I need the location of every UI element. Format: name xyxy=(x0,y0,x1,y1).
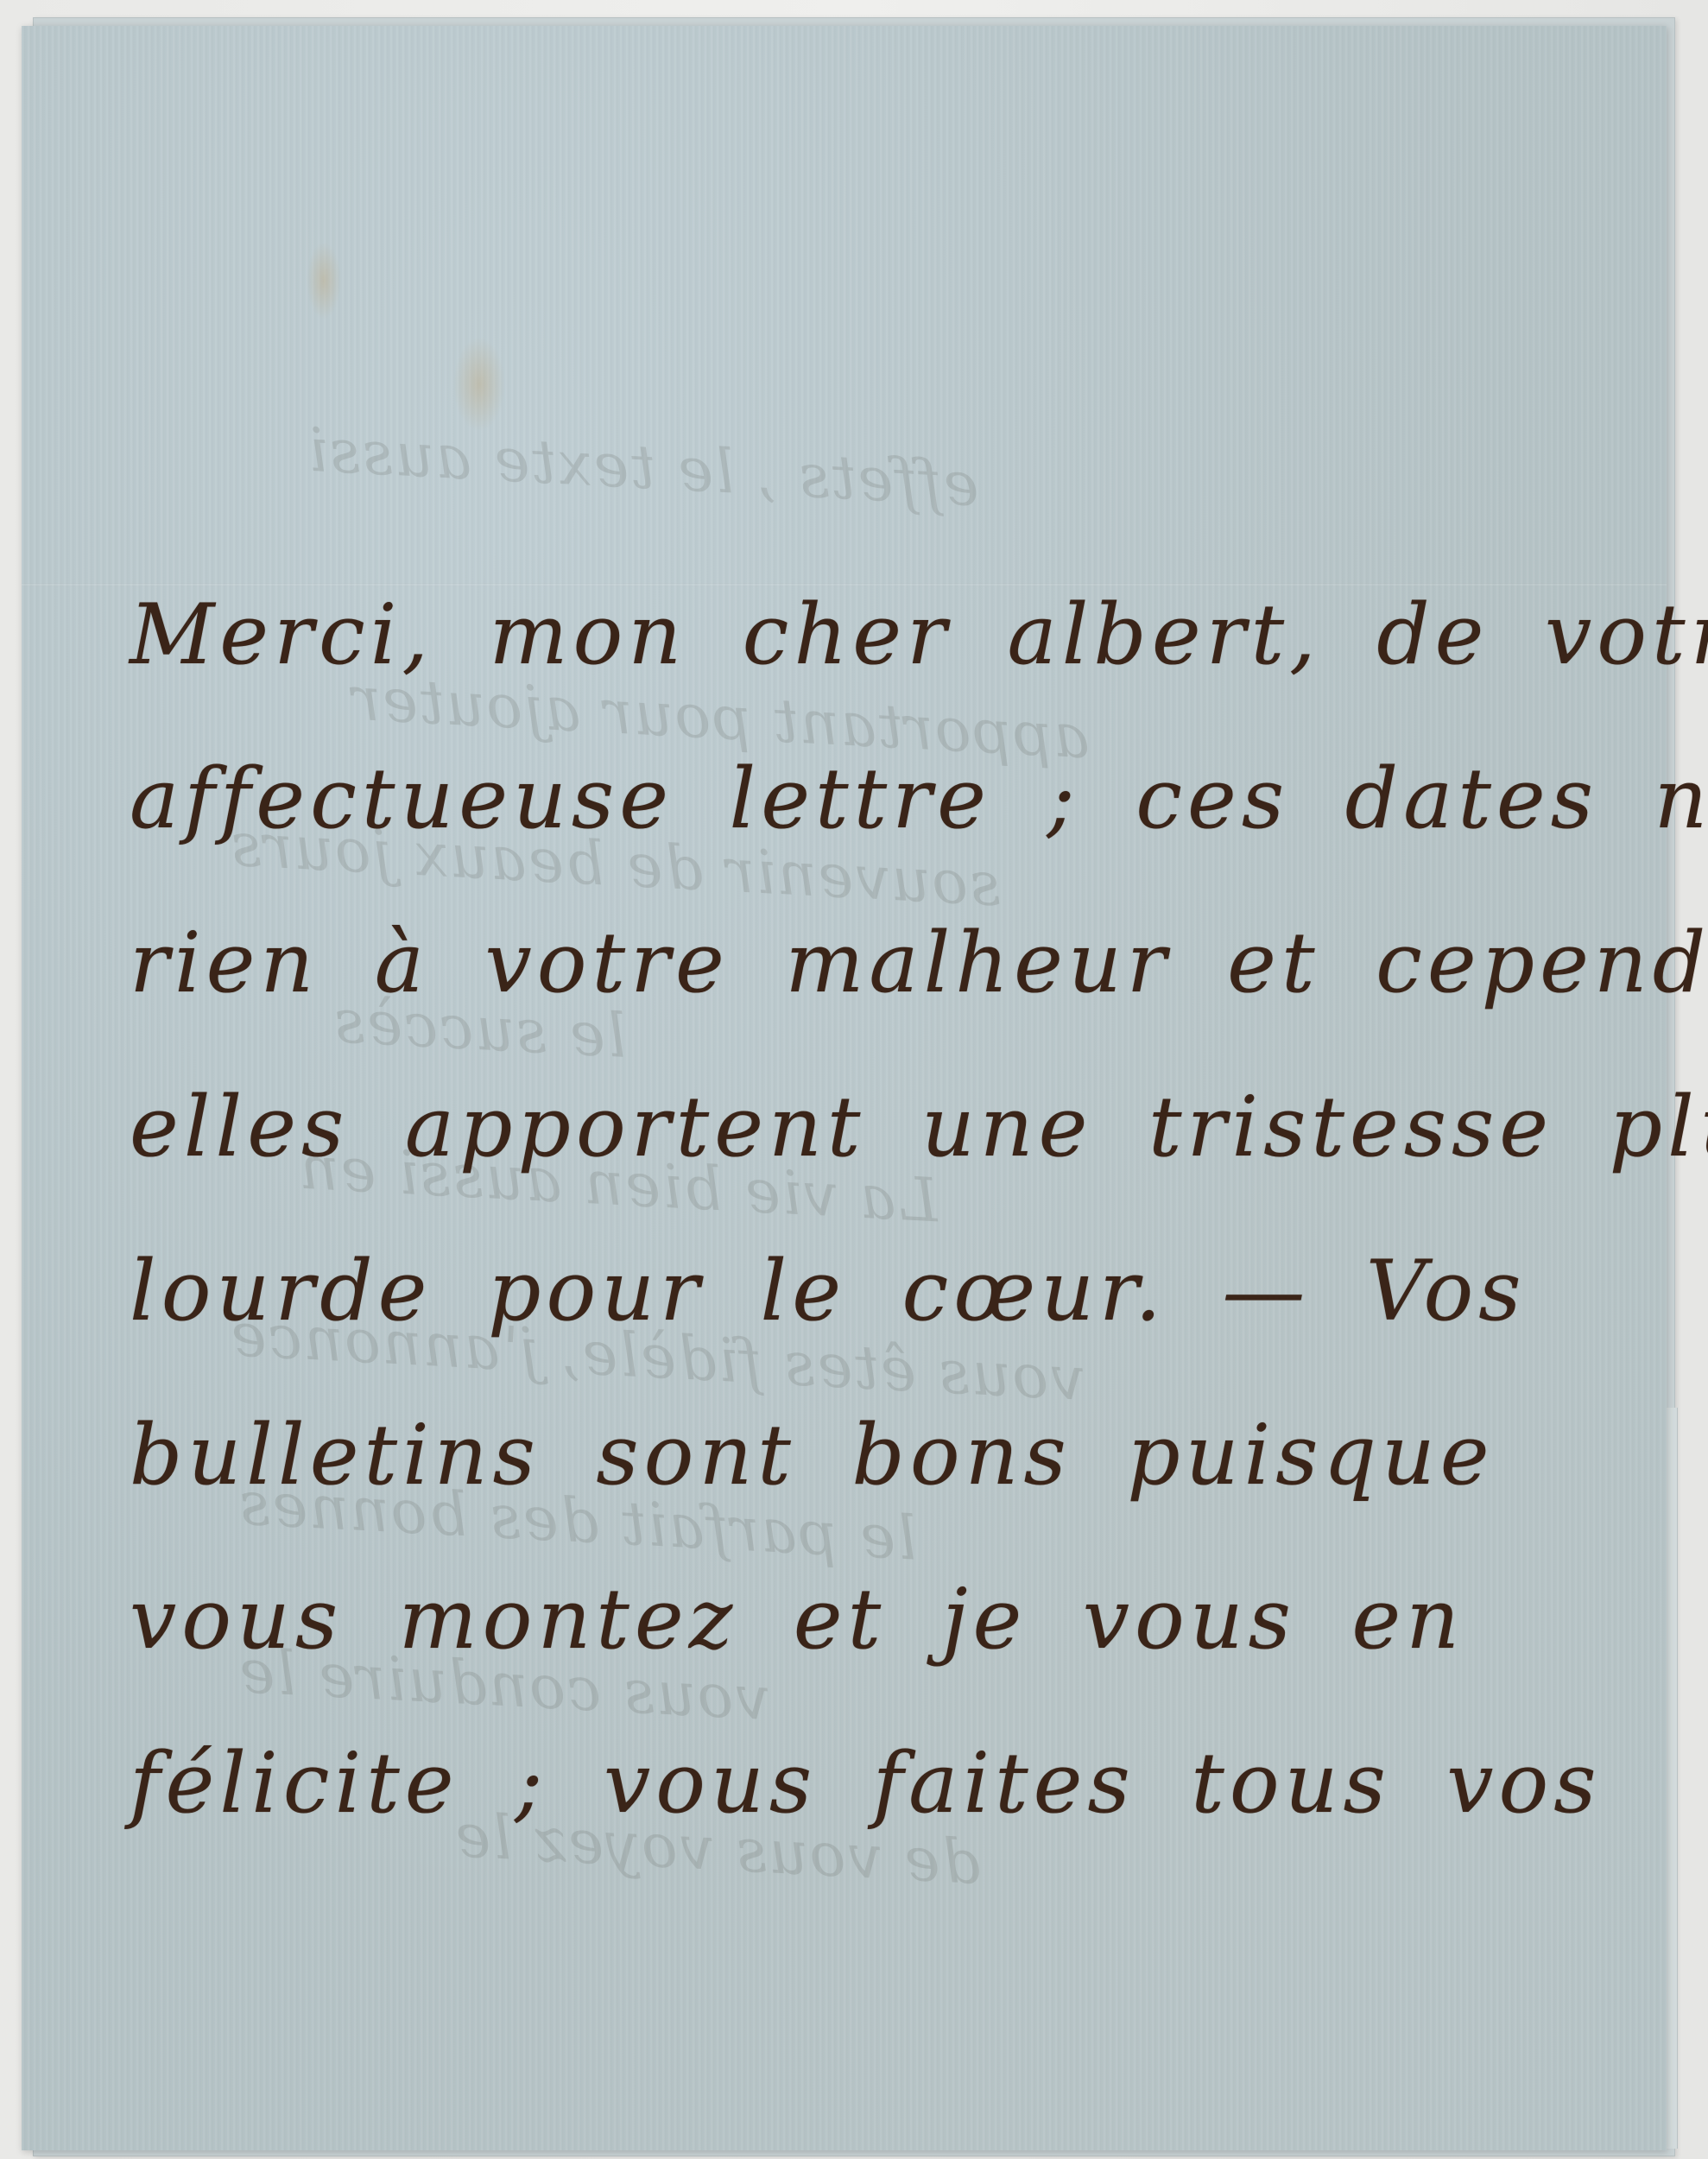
letter-body: Merci, mon cher albert, de votre affectu… xyxy=(130,553,1667,1865)
foxing-stain xyxy=(307,242,341,320)
letter-line: affectueuse lettre ; ces dates ne change… xyxy=(130,717,1667,881)
letter-line: bulletins sont bons puisque xyxy=(130,1373,1667,1537)
bleed-through-text: effets , le texte aussi xyxy=(305,415,981,521)
letter-line: elles apportent une tristesse plus xyxy=(130,1045,1667,1209)
foxing-stain xyxy=(453,337,505,432)
letter-line: Merci, mon cher albert, de votre xyxy=(130,553,1667,717)
letter-line: rien à votre malheur et cependant xyxy=(130,881,1667,1045)
letter-line: vous montez et je vous en xyxy=(130,1537,1667,1701)
letter-line: lourde pour le cœur. — Vos xyxy=(130,1209,1667,1373)
letter-line: félicite ; vous faites tous vos xyxy=(130,1701,1667,1865)
